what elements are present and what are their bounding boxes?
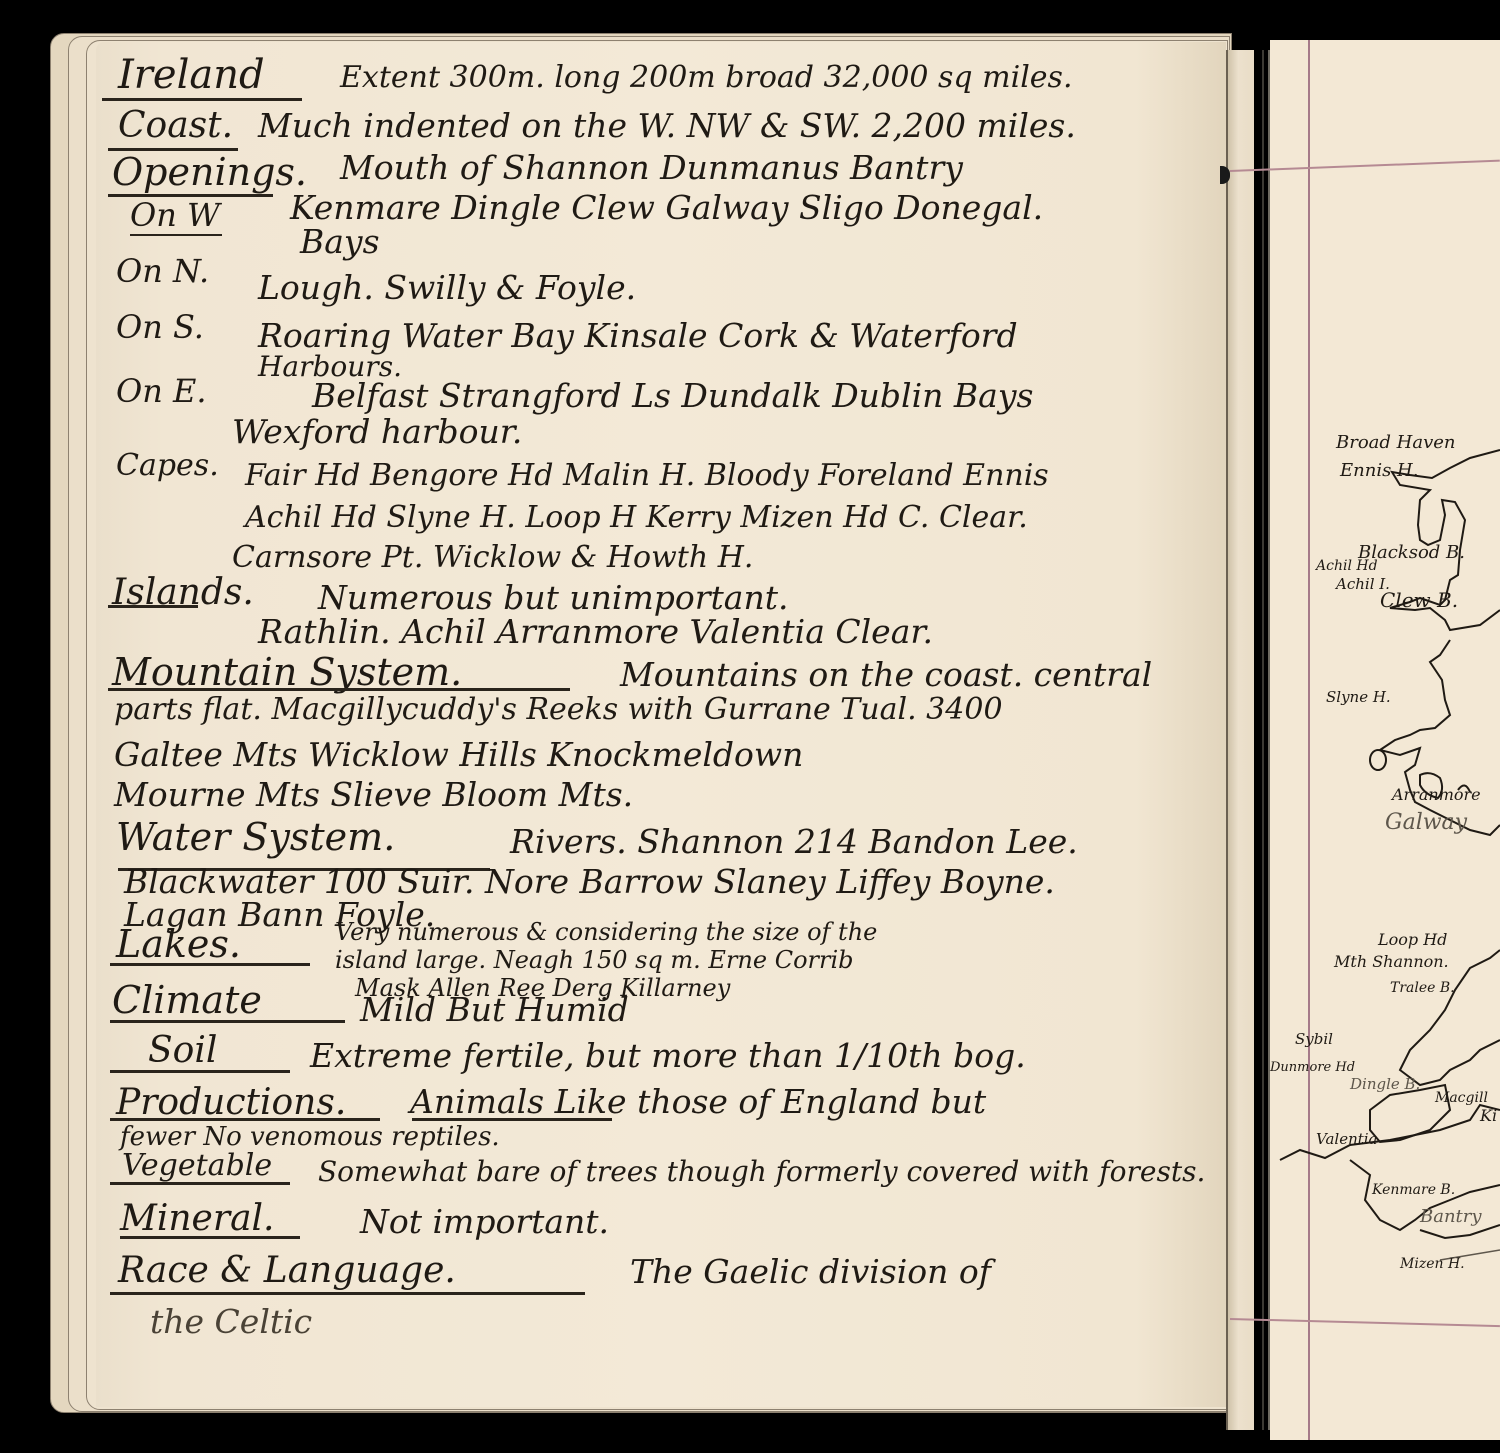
- map-label: Ennis H.: [1340, 460, 1418, 481]
- heading-on-s: On S.: [116, 308, 204, 346]
- underline: [110, 963, 310, 966]
- underline: [110, 1292, 585, 1295]
- map-label: Clew B.: [1380, 588, 1458, 612]
- note-mountains-4: Mourne Mts Slieve Bloom Mts.: [114, 775, 633, 814]
- note-capes-2: Achil Hd Slyne H. Loop H Kerry Mizen Hd …: [245, 500, 1028, 535]
- map-label: Arranmore: [1392, 785, 1481, 804]
- heading-on-e: On E.: [116, 372, 207, 410]
- book-spine: [1226, 50, 1254, 1430]
- map-label: Slyne H.: [1326, 688, 1391, 706]
- map-label: Tralee B.: [1390, 980, 1455, 996]
- underline: [110, 1118, 380, 1121]
- heading-vegetable: Vegetable: [122, 1148, 272, 1183]
- note-productions: Animals Like those of England but: [410, 1082, 986, 1121]
- note-on-n: Lough. Swilly & Foyle.: [258, 268, 636, 307]
- underline: [120, 1236, 300, 1239]
- note-capes-3: Carnsore Pt. Wicklow & Howth H.: [232, 540, 753, 575]
- underline: [102, 98, 302, 101]
- note-lakes-2: island large. Neagh 150 sq m. Erne Corri…: [335, 946, 854, 974]
- map-label: Loop Hd: [1378, 930, 1447, 949]
- map-label: Mizen H.: [1400, 1256, 1465, 1272]
- note-vegetable: Somewhat bare of trees though formerly c…: [318, 1155, 1205, 1188]
- heading-water-system: Water System.: [116, 815, 395, 859]
- note-rivers: Rivers. Shannon 214 Bandon Lee.: [510, 822, 1078, 861]
- note-coast: Much indented on the W. NW & SW. 2,200 m…: [258, 106, 1076, 145]
- note-lakes-1: Very numerous & considering the size of …: [335, 918, 877, 946]
- heading-on-n: On N.: [116, 252, 209, 290]
- note-on-e: Belfast Strangford Ls Dundalk Dublin Bay…: [312, 376, 1033, 415]
- note-soil: Extreme fertile, but more than 1/10th bo…: [310, 1036, 1026, 1075]
- map-label: Sybil: [1295, 1030, 1333, 1048]
- underline: [108, 605, 198, 608]
- note-capes-1: Fair Hd Bengore Hd Malin H. Bloody Forel…: [245, 458, 1049, 493]
- map-label: Achil Hd: [1316, 558, 1378, 574]
- heading-mineral: Mineral.: [120, 1198, 275, 1239]
- map-label: Ki: [1480, 1106, 1497, 1125]
- heading-productions: Productions.: [116, 1082, 346, 1123]
- heading-coast: Coast.: [118, 105, 233, 146]
- underline: [130, 234, 222, 236]
- note-bays: Bays: [300, 222, 380, 261]
- note-islands-list: Rathlin. Achil Arranmore Valentia Clear.: [258, 612, 933, 651]
- gutter-line: [1262, 50, 1264, 1430]
- heading-climate: Climate: [112, 978, 262, 1022]
- underline: [110, 1070, 290, 1073]
- note-openings: Mouth of Shannon Dunmanus Bantry: [340, 148, 963, 187]
- underline: [110, 1020, 345, 1023]
- map-label: Broad Haven: [1336, 432, 1456, 453]
- map-label: Dunmore Hd: [1270, 1060, 1355, 1075]
- heading-lakes: Lakes.: [116, 922, 241, 966]
- note-on-w: Kenmare Dingle Clew Galway Sligo Donegal…: [290, 188, 1043, 227]
- heading-capes: Capes.: [116, 448, 219, 483]
- note-mineral: Not important.: [360, 1202, 609, 1241]
- note-race-language-2: the Celtic: [150, 1302, 312, 1341]
- underline: [110, 1182, 290, 1185]
- map-label: Bantry: [1420, 1206, 1482, 1227]
- map-label: Kenmare B.: [1372, 1182, 1455, 1198]
- map-label: Macgill: [1435, 1090, 1488, 1106]
- note-climate: Mild But Humid: [360, 990, 629, 1029]
- heading-soil: Soil: [148, 1030, 217, 1071]
- map-label: Galway: [1385, 810, 1467, 835]
- map-label: Dingle B.: [1350, 1075, 1420, 1093]
- map-label: Valentia: [1316, 1130, 1378, 1148]
- underline: [108, 688, 570, 691]
- note-wexford: Wexford harbour.: [232, 412, 522, 451]
- ireland-west-coast-map: Broad Haven Ennis H. Blacksod B. Achil H…: [1270, 430, 1500, 1330]
- note-mountains-3: Galtee Mts Wicklow Hills Knockmeldown: [114, 735, 803, 774]
- note-mountains-2: parts flat. Macgillycuddy's Reeks with G…: [114, 692, 1003, 727]
- heading-race-language: Race & Language.: [118, 1250, 456, 1291]
- heading-on-w: On W: [130, 196, 220, 234]
- heading-ireland: Ireland: [118, 52, 265, 98]
- note-race-language: The Gaelic division of: [630, 1252, 991, 1291]
- heading-openings: Openings.: [112, 150, 307, 194]
- map-label: Mth Shannon.: [1334, 952, 1449, 971]
- note-extent: Extent 300m. long 200m broad 32,000 sq m…: [340, 60, 1072, 95]
- note-mountains: Mountains on the coast. central: [620, 655, 1152, 694]
